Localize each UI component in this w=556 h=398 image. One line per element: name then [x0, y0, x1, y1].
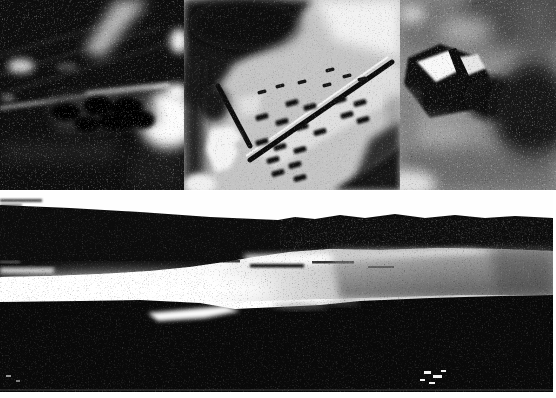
photo-keyboard-closeup — [0, 0, 184, 190]
photo4-white-grain — [0, 191, 553, 392]
photo1-black-grain — [0, 0, 184, 190]
photo3-black-grain — [400, 0, 556, 190]
photo-hand-device — [400, 0, 556, 190]
photo2-black-grain — [184, 0, 400, 190]
photo-loch-landscape — [0, 191, 553, 392]
scanned-photo-page — [0, 0, 556, 398]
photo-keypad-pen — [184, 0, 400, 190]
photo-collage — [0, 0, 556, 398]
